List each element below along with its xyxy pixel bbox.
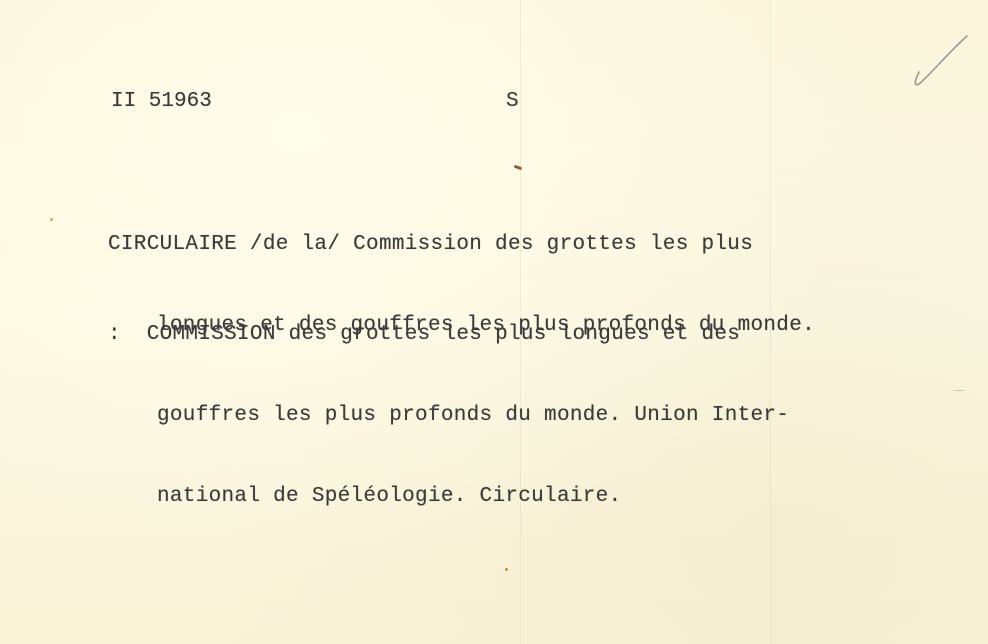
added-entry-line-3: national de Spéléologie. Circulaire. <box>108 483 789 510</box>
added-entry-marker: : <box>108 323 121 346</box>
location-code: S <box>506 88 519 115</box>
main-entry-line-1: CIRCULAIRE /de la/ Commission des grotte… <box>108 231 815 258</box>
paper-speck <box>505 568 508 571</box>
catalog-card: II 51963 S CIRCULAIRE /de la/ Commission… <box>0 0 988 644</box>
checkmark-icon <box>905 32 975 92</box>
paper-mark <box>953 390 965 391</box>
call-number: II 51963 <box>111 88 212 115</box>
added-entry-text-1: COMMISSION des grottes les plus longues … <box>147 323 741 346</box>
added-entry-line-2: gouffres les plus profonds du monde. Uni… <box>108 402 789 429</box>
added-entry-line-1: : COMMISSION des grottes les plus longue… <box>108 321 789 348</box>
paper-speck <box>50 218 53 221</box>
added-entry: : COMMISSION des grottes les plus longue… <box>108 267 789 564</box>
